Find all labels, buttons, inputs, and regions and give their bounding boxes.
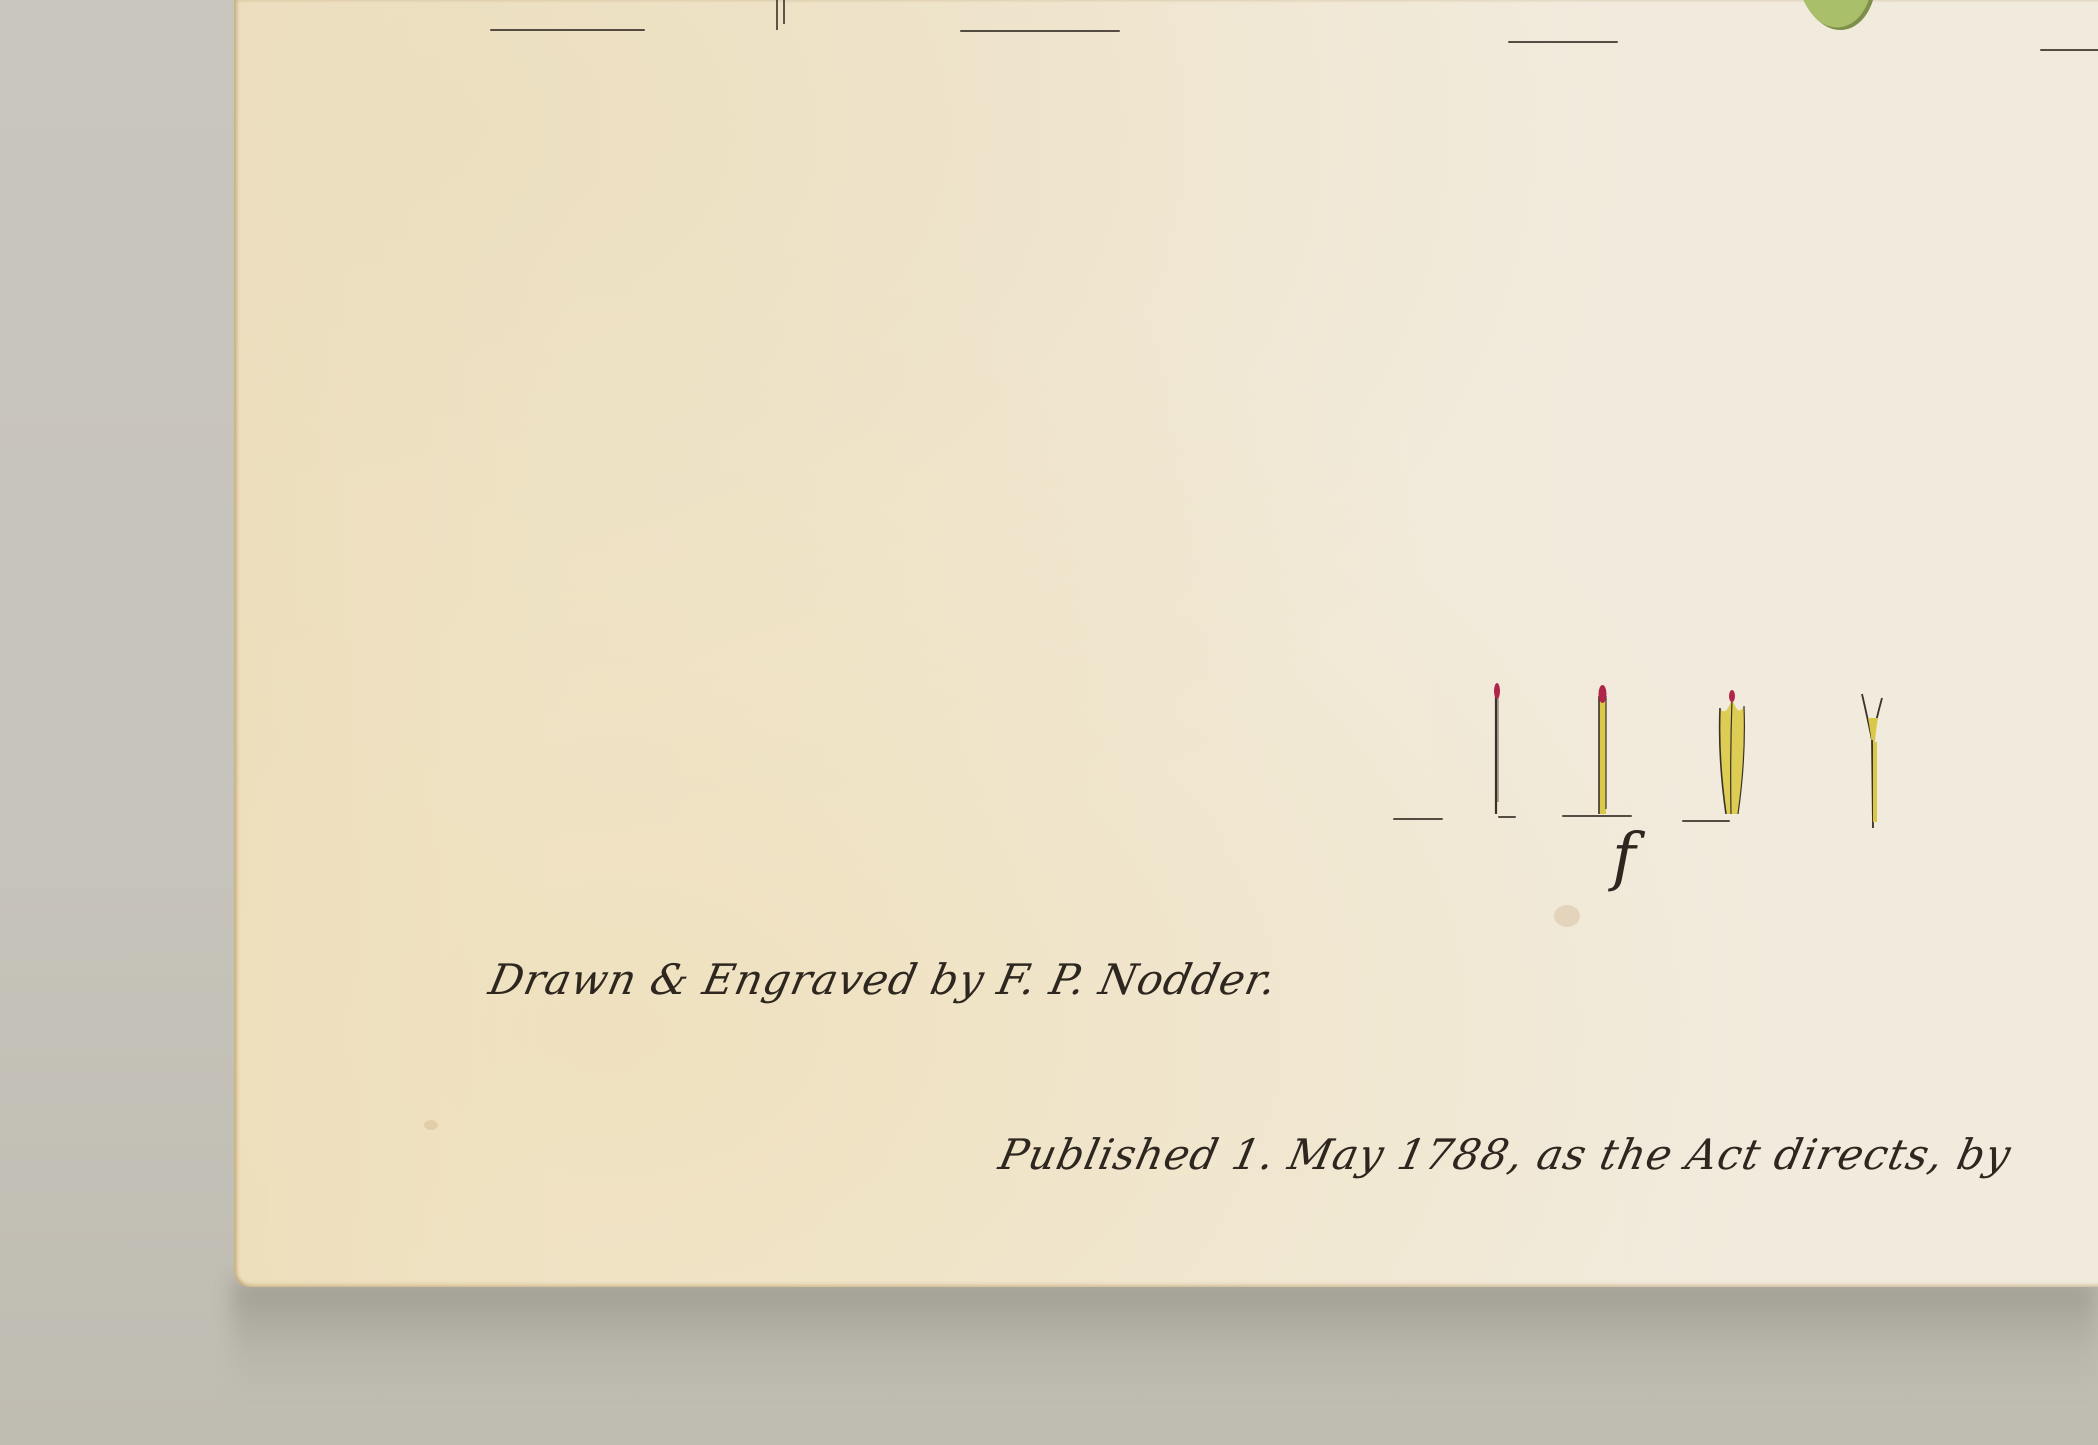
pistil-cluster-illustration: [1716, 688, 1748, 816]
engraved-rule: [1682, 820, 1730, 822]
foxing-spot: [1554, 905, 1580, 927]
engraved-stem-line: [776, 0, 778, 30]
engraved-rule: [490, 29, 645, 31]
stamen-illustration: [1486, 682, 1506, 816]
engraver-credit: Drawn & Engraved by F. P. Nodder.: [485, 955, 1282, 1004]
foxing-spot: [424, 1120, 438, 1130]
engraved-rule: [1393, 818, 1443, 820]
engraved-rule: [1498, 816, 1516, 818]
engraving-paper: [234, 0, 2098, 1287]
figure-label: f: [1612, 820, 1636, 894]
forked-style-illustration: [1858, 690, 1886, 830]
engraved-rule: [2040, 49, 2098, 51]
publication-line: Published 1. May 1788, as the Act direct…: [995, 1130, 2016, 1179]
engraved-stem-line: [783, 0, 785, 24]
engraved-rule: [1508, 41, 1618, 43]
engraved-rule: [960, 30, 1120, 32]
paper-shadow: [232, 1280, 2098, 1400]
stamen-illustration: [1592, 684, 1612, 816]
